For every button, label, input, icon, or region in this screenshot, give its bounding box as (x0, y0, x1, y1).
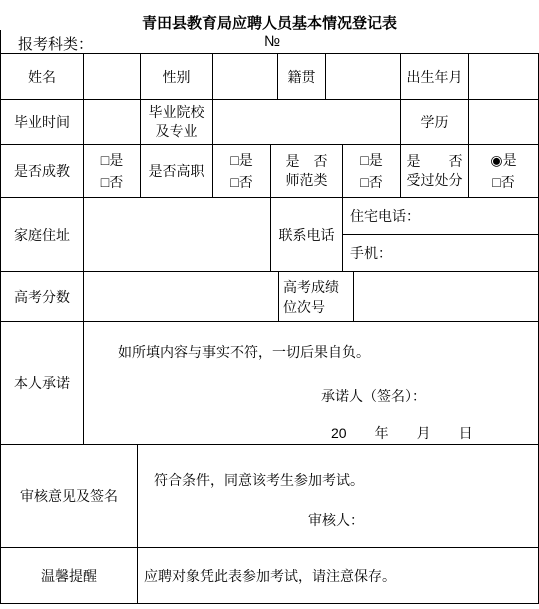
commitment-content-cell[interactable]: 如所填内容与事实不符，一切后果自负。 承诺人（签名）： 20 年 月 日 (84, 322, 538, 444)
school-major-label: 毕业院校 及专业 (141, 100, 213, 144)
home-phone-cell[interactable]: 住宅电话： (343, 198, 538, 235)
home-phone-label: 住宅电话： (350, 206, 420, 226)
vocational-label: 是否高职 (141, 145, 213, 197)
education-label: 学历 (401, 100, 469, 144)
home-address-value-cell[interactable] (84, 198, 271, 271)
row-yes-no-questions: 是否成教 □是 □否 是否高职 □是 □否 是 否 师范类 □是 □否 是 否 … (1, 145, 538, 198)
form-title: 青田县教育局应聘人员基本情况登记表 (0, 0, 539, 30)
mobile-phone-cell[interactable]: 手机： (343, 235, 538, 271)
normal-school-no-checkbox[interactable]: □否 (360, 171, 382, 193)
graduation-time-label: 毕业时间 (1, 100, 84, 144)
reviewer-label: 审核人： (308, 510, 364, 530)
adult-education-checkboxes: □是 □否 (84, 145, 141, 197)
school-major-label-line1: 毕业院校 (149, 103, 205, 122)
discipline-checkboxes: ◉是 □否 (469, 145, 538, 197)
education-value-cell[interactable] (469, 100, 538, 144)
vocational-yes-checkbox[interactable]: □是 (230, 149, 252, 171)
gaokao-score-value-cell[interactable] (84, 272, 279, 321)
birth-date-value-cell[interactable] (469, 54, 538, 99)
rank-number-value-cell[interactable] (354, 272, 538, 321)
reminder-text: 应聘对象凭此表参加考试，请注意保存。 (144, 566, 396, 586)
discipline-yes-radio-selected[interactable]: ◉是 (490, 149, 516, 171)
commitment-statement: 如所填内容与事实不符，一切后果自负。 (118, 342, 370, 362)
reminder-text-cell: 应聘对象凭此表参加考试，请注意保存。 (138, 548, 538, 603)
review-label: 审核意见及签名 (1, 445, 138, 547)
commitment-label: 本人承诺 (1, 322, 84, 444)
gender-label: 性别 (141, 54, 213, 99)
review-content-cell[interactable]: 符合条件，同意该考生参加考试。 审核人： (138, 445, 538, 547)
school-major-value-cell[interactable] (213, 100, 401, 144)
form-number-symbol: № (264, 33, 280, 50)
native-place-label: 籍贯 (278, 54, 326, 99)
home-address-label: 家庭住址 (1, 198, 84, 271)
school-major-label-line2: 及专业 (156, 122, 198, 141)
row-basic-info: 姓名 性别 籍贯 出生年月 (1, 54, 538, 100)
adult-education-yes-checkbox[interactable]: □是 (101, 149, 123, 171)
phone-cells: 住宅电话： 手机： (343, 198, 538, 271)
row-gaokao: 高考分数 高考成绩 位次号 (1, 272, 538, 322)
normal-school-label-line1: 是 否 (286, 152, 328, 171)
reminder-label: 温馨提醒 (1, 548, 138, 603)
row-graduation: 毕业时间 毕业院校 及专业 学历 (1, 100, 538, 145)
name-label: 姓名 (1, 54, 84, 99)
row-review: 审核意见及签名 符合条件，同意该考生参加考试。 审核人： (1, 445, 538, 548)
commitment-date-line: 20 年 月 日 (331, 423, 473, 443)
subheader-row: 报考科类： № (0, 30, 539, 53)
contact-phone-label: 联系电话 (271, 198, 343, 271)
rank-number-label-line2: 位次号 (283, 297, 325, 317)
registration-table: 姓名 性别 籍贯 出生年月 毕业时间 毕业院校 及专业 学历 是否成教 □是 (0, 53, 539, 604)
normal-school-label-line2: 师范类 (286, 171, 328, 190)
rank-number-label-line1: 高考成绩 (283, 277, 339, 297)
vocational-checkboxes: □是 □否 (213, 145, 271, 197)
gaokao-score-label: 高考分数 (1, 272, 84, 321)
discipline-label: 是 否 受过处分 (401, 145, 469, 197)
normal-school-checkboxes: □是 □否 (343, 145, 401, 197)
discipline-no-checkbox[interactable]: □否 (492, 171, 514, 193)
adult-education-no-checkbox[interactable]: □否 (101, 171, 123, 193)
registration-form-page: 青田县教育局应聘人员基本情况登记表 报考科类： № 姓名 性别 籍贯 出生年月 … (0, 0, 539, 609)
normal-school-label: 是 否 师范类 (271, 145, 343, 197)
row-address-contact: 家庭住址 联系电话 住宅电话： 手机： (1, 198, 538, 272)
gender-value-cell[interactable] (213, 54, 278, 99)
signer-label: 承诺人（签名）： (321, 386, 426, 406)
discipline-label-line1: 是 否 (407, 152, 463, 171)
row-commitment: 本人承诺 如所填内容与事实不符，一切后果自负。 承诺人（签名）： 20 年 月 … (1, 322, 538, 445)
native-place-value-cell[interactable] (326, 54, 401, 99)
review-text: 符合条件，同意该考生参加考试。 (154, 470, 364, 490)
normal-school-yes-checkbox[interactable]: □是 (360, 149, 382, 171)
adult-education-label: 是否成教 (1, 145, 84, 197)
birth-date-label: 出生年月 (401, 54, 469, 99)
mobile-phone-label: 手机： (350, 243, 392, 263)
exam-category-label: 报考科类： (18, 33, 93, 54)
graduation-time-value-cell[interactable] (84, 100, 141, 144)
vocational-no-checkbox[interactable]: □否 (230, 171, 252, 193)
discipline-label-line2: 受过处分 (407, 171, 463, 190)
rank-number-label: 高考成绩 位次号 (279, 272, 354, 321)
row-reminder: 温馨提醒 应聘对象凭此表参加考试，请注意保存。 (1, 548, 538, 603)
name-value-cell[interactable] (84, 54, 141, 99)
